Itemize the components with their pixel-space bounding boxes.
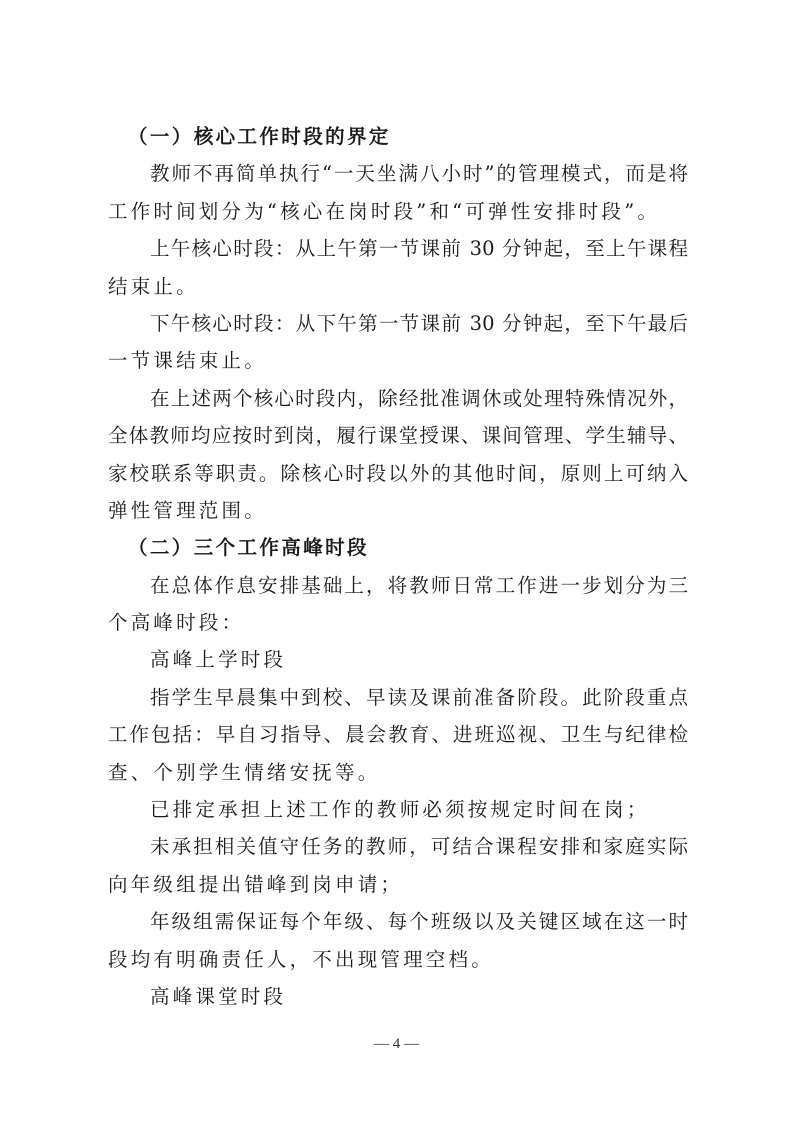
paragraph-line: 教师不再简单执行“一天坐满八小时”的管理模式，而是将 bbox=[108, 155, 688, 192]
paragraph-line: 在总体作息安排基础上，将教师日常工作进一步划分为三 bbox=[108, 567, 688, 604]
paragraph-line: 查、个别学生情绪安抚等。 bbox=[108, 754, 688, 791]
paragraph-line: 指学生早晨集中到校、早读及课前准备阶段。此阶段重点 bbox=[108, 679, 688, 716]
paragraph-line: 结束止。 bbox=[108, 268, 688, 305]
paragraph-line: 弹性管理范围。 bbox=[108, 492, 688, 529]
paragraph-line: 一节课结束止。 bbox=[108, 342, 688, 379]
paragraph-line: 个高峰时段： bbox=[108, 604, 688, 641]
paragraph-line: 下午核心时段：从下午第一节课前 30 分钟起，至下午最后 bbox=[108, 305, 688, 342]
paragraph-line: 上午核心时段：从上午第一节课前 30 分钟起，至上午课程 bbox=[108, 230, 688, 267]
paragraph-line: 段均有明确责任人，不出现管理空档。 bbox=[108, 941, 688, 978]
paragraph-line: 在上述两个核心时段内，除经批准调休或处理特殊情况外， bbox=[108, 380, 688, 417]
paragraph-line: 未承担相关值守任务的教师，可结合课程安排和家庭实际 bbox=[108, 828, 688, 865]
section-heading-peak-periods: （二）三个工作高峰时段 bbox=[108, 529, 688, 566]
paragraph-line: 工作时间划分为“核心在岗时段”和“可弹性安排时段”。 bbox=[108, 193, 688, 230]
paragraph-line: 年级组需保证每个年级、每个班级以及关键区域在这一时 bbox=[108, 903, 688, 940]
subheading-morning-peak: 高峰上学时段 bbox=[108, 641, 688, 678]
paragraph-line: 工作包括：早自习指导、晨会教育、进班巡视、卫生与纪律检 bbox=[108, 716, 688, 753]
paragraph-line: 已排定承担上述工作的教师必须按规定时间在岗； bbox=[108, 791, 688, 828]
subheading-class-peak: 高峰课堂时段 bbox=[108, 978, 688, 1015]
page-number: — 4 — bbox=[0, 1036, 793, 1053]
paragraph-line: 向年级组提出错峰到岗申请； bbox=[108, 866, 688, 903]
paragraph-line: 全体教师均应按时到岗，履行课堂授课、课间管理、学生辅导、 bbox=[108, 417, 688, 454]
section-heading-core-hours: （一）核心工作时段的界定 bbox=[108, 118, 688, 155]
paragraph-line: 家校联系等职责。除核心时段以外的其他时间，原则上可纳入 bbox=[108, 455, 688, 492]
document-page: （一）核心工作时段的界定 教师不再简单执行“一天坐满八小时”的管理模式，而是将 … bbox=[108, 118, 688, 1015]
